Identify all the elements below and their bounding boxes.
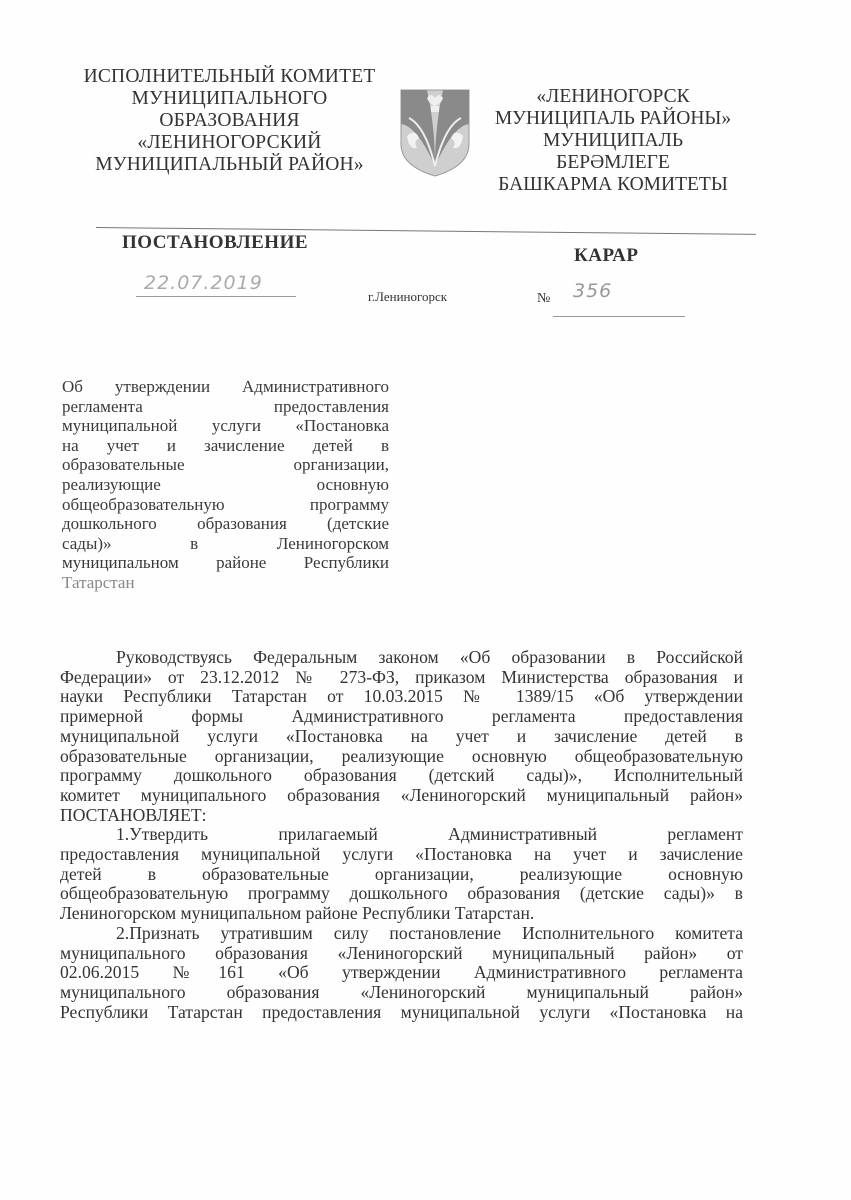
header-right-tatar: «ЛЕНИНОГОРСК МУНИЦИПАЛЬ РАЙОНЫ» МУНИЦИПА…: [488, 86, 738, 196]
body-line-resolves: ПОСТАНОВЛЯЕТ:: [60, 806, 743, 826]
date-underline: [136, 296, 296, 297]
subject-line: муниципальном районе Республики: [62, 553, 389, 573]
body-line: Руководствуясь Федеральным законом «Об о…: [60, 648, 743, 668]
document-page: ИСПОЛНИТЕЛЬНЫЙ КОМИТЕТ МУНИЦИПАЛЬНОГО ОБ…: [0, 0, 851, 1200]
coat-of-arms-icon: [397, 86, 473, 178]
body-line: программу дошкольного образования (детск…: [60, 766, 743, 786]
clause-2-line: 02.06.2015 №161 «Об утверждении Админист…: [60, 963, 743, 983]
subject-line: регламента предоставления: [62, 397, 389, 417]
body-line: образовательные организации, реализующие…: [60, 747, 743, 767]
subject-line: Татарстан: [62, 573, 389, 593]
subject-line: реализующие основную: [62, 475, 389, 495]
clause-1-line: детей в образовательные организации, реа…: [60, 865, 743, 885]
clause-1-line: предоставления муниципальной услуги «Пос…: [60, 845, 743, 865]
header-right-line: МУНИЦИПАЛЬ: [488, 130, 738, 152]
clause-1-line: общеобразовательную программу дошкольног…: [60, 884, 743, 904]
clause-1-line: 1.Утвердить прилагаемый Административный…: [60, 825, 743, 845]
body-line: примерной формы Административного реглам…: [60, 707, 743, 727]
subject-line: на учет и зачисление детей в: [62, 436, 389, 456]
body-line: Федерации» от 23.12.2012 № 273-ФЗ, прика…: [60, 668, 743, 688]
body-line: науки Республики Татарстан от 10.03.2015…: [60, 687, 743, 707]
doc-type-title-ru: ПОСТАНОВЛЕНИЕ: [122, 232, 308, 254]
subject-line: дошкольного образования (детские: [62, 514, 389, 534]
city-label: г.Лениногорск: [368, 289, 447, 305]
subject-block: Об утверждении Административного регламе…: [62, 377, 389, 593]
doc-type-title-tt: КАРАР: [574, 245, 639, 267]
header-right-line: МУНИЦИПАЛЬ РАЙОНЫ»: [488, 108, 738, 130]
subject-line: сады)» в Лениногорском: [62, 534, 389, 554]
header-left-line: ОБРАЗОВАНИЯ: [72, 110, 387, 132]
header-left-russian: ИСПОЛНИТЕЛЬНЫЙ КОМИТЕТ МУНИЦИПАЛЬНОГО ОБ…: [72, 66, 387, 176]
body-line: комитет муниципального образования «Лени…: [60, 786, 743, 806]
header-left-line: МУНИЦИПАЛЬНЫЙ РАЙОН»: [72, 154, 387, 176]
clause-2-line: муниципального образования «Лениногорски…: [60, 944, 743, 964]
number-underline: [553, 316, 685, 317]
header-right-line: «ЛЕНИНОГОРСК: [488, 86, 738, 108]
subject-line: муниципальной услуги «Постановка: [62, 416, 389, 436]
subject-line: образовательные организации,: [62, 455, 389, 475]
body-text: Руководствуясь Федеральным законом «Об о…: [60, 648, 743, 1022]
header-right-line: БАШКАРМА КОМИТЕТЫ: [488, 174, 738, 196]
number-label: №: [537, 291, 550, 307]
handwritten-number: 356: [573, 280, 612, 302]
body-line: муниципальной услуги «Постановка на учет…: [60, 727, 743, 747]
clause-2-line: Республики Татарстан предоставления муни…: [60, 1003, 743, 1023]
subject-line: Об утверждении Административного: [62, 377, 389, 397]
clause-2-line: муниципального образования «Лениногорски…: [60, 983, 743, 1003]
header-left-line: «ЛЕНИНОГОРСКИЙ: [72, 132, 387, 154]
header-left-line: МУНИЦИПАЛЬНОГО: [72, 88, 387, 110]
header-left-line: ИСПОЛНИТЕЛЬНЫЙ КОМИТЕТ: [72, 66, 387, 88]
clause-1-line: Лениногорском муниципальном районе Респу…: [60, 904, 743, 924]
clause-2-line: 2.Признать утратившим силу постановление…: [60, 924, 743, 944]
handwritten-date: 22.07.2019: [144, 272, 263, 294]
subject-line: общеобразовательную программу: [62, 495, 389, 515]
header-right-line: БЕРӘМЛЕГЕ: [488, 152, 738, 174]
